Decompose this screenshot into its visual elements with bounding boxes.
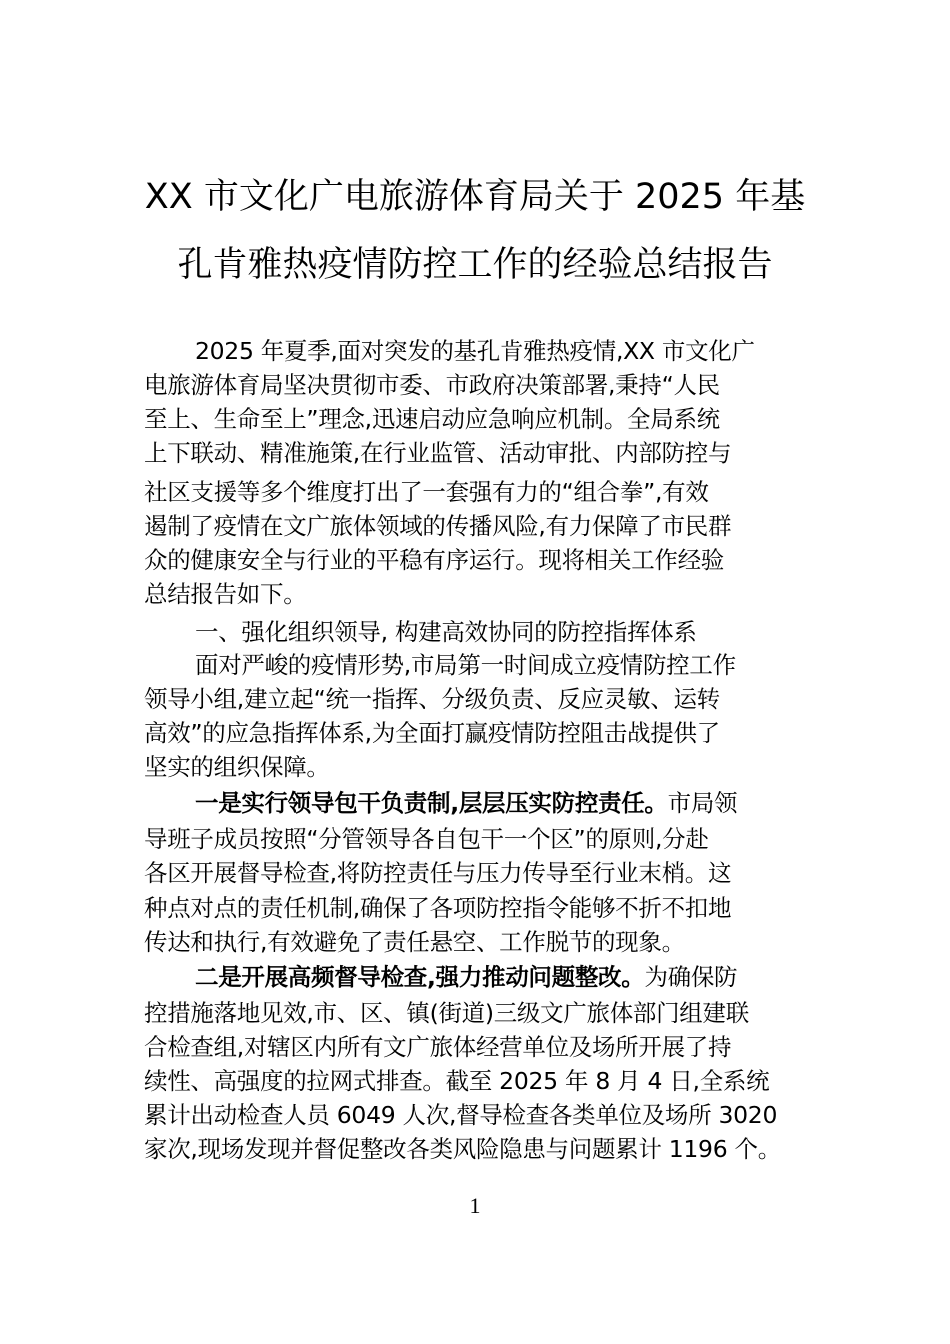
- intro-line: 总结报告如下。: [144, 583, 306, 607]
- page-number: 1: [0, 1193, 950, 1219]
- point-2-line: 续性、高强度的拉网式排查。截至 2025 年 8 月 4 日,全系统: [144, 1070, 769, 1094]
- section-1-line: 领导小组,建立起“统一指挥、分级负责、反应灵敏、运转: [144, 688, 720, 712]
- intro-line: 至上、生命至上”理念,迅速启动应急响应机制。全局系统: [144, 408, 720, 432]
- intro-line: 上下联动、精准施策,在行业监管、活动审批、内部防控与: [144, 442, 731, 466]
- point-1-lead: 一是实行领导包干负责制,层层压实防控责任。: [195, 789, 668, 817]
- point-1-line: 各区开展督导检查,将防控责任与压力传导至行业末梢。这: [144, 862, 731, 886]
- point-1-rest: 市局领: [668, 789, 738, 817]
- section-1-line: 面对严峻的疫情形势,市局第一时间成立疫情防控工作: [195, 654, 736, 678]
- point-2-first-line: 二是开展高频督导检查,强力推动问题整改。为确保防: [195, 966, 737, 990]
- point-1-line: 导班子成员按照“分管领导各自包干一个区”的原则,分赴: [144, 828, 709, 852]
- point-2-rest: 为确保防: [644, 963, 737, 991]
- document-title-line-1: XX 市文化广电旅游体育局关于 2025 年基: [0, 180, 950, 215]
- section-1-heading: 一、强化组织领导, 构建高效协同的防控指挥体系: [195, 621, 697, 645]
- intro-line: 众的健康安全与行业的平稳有序运行。现将相关工作经验: [144, 549, 724, 573]
- point-1-first-line: 一是实行领导包干负责制,层层压实防控责任。市局领: [195, 792, 737, 816]
- intro-line: 2025 年夏季,面对突发的基孔肯雅热疫情,XX 市文化广: [195, 340, 755, 364]
- document-title-line-2: 孔肯雅热疫情防控工作的经验总结报告: [0, 248, 950, 283]
- intro-line: 电旅游体育局坚决贯彻市委、市政府决策部署,秉持“人民: [144, 374, 720, 398]
- intro-line: 遏制了疫情在文广旅体领域的传播风险,有力保障了市民群: [144, 515, 731, 539]
- point-2-line: 控措施落地见效,市、区、镇(街道)三级文广旅体部门组建联: [144, 1002, 749, 1026]
- point-2-lead: 二是开展高频督导检查,强力推动问题整改。: [195, 963, 644, 991]
- point-1-line: 传达和执行,有效避免了责任悬空、工作脱节的现象。: [144, 931, 685, 955]
- section-1-line: 高效”的应急指挥体系,为全面打赢疫情防控阻击战提供了: [144, 722, 720, 746]
- point-1-line: 种点对点的责任机制,确保了各项防控指令能够不折不扣地: [144, 897, 731, 921]
- intro-line: 社区支援等多个维度打出了一套强有力的“组合拳”,有效: [144, 481, 709, 505]
- point-2-line: 累计出动检查人员 6049 人次,督导检查各类单位及场所 3020: [144, 1104, 777, 1128]
- document-page: XX 市文化广电旅游体育局关于 2025 年基 孔肯雅热疫情防控工作的经验总结报…: [0, 0, 950, 1344]
- point-2-line: 合检查组,对辖区内所有文广旅体经营单位及场所开展了持: [144, 1036, 731, 1060]
- section-1-line: 坚实的组织保障。: [144, 756, 330, 780]
- point-2-line: 家次,现场发现并督促整改各类风险隐患与问题累计 1196 个。: [144, 1138, 781, 1162]
